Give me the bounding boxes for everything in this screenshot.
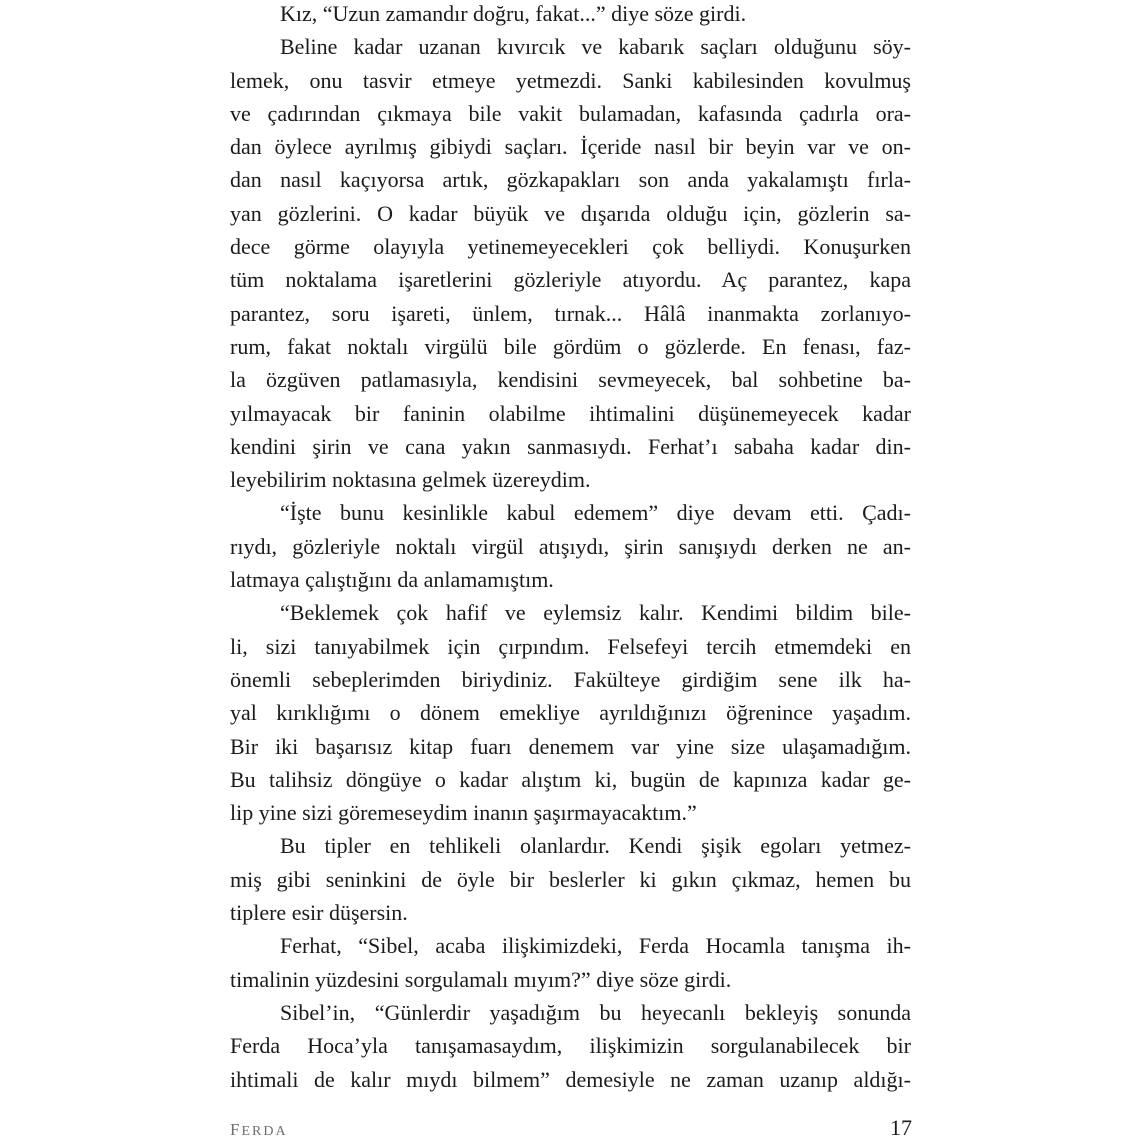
text-line: Bu tipler en tehlikeli olanlardır. Kendi… — [230, 829, 911, 862]
text-line: rıydı, gözleriyle noktalı virgül atışıyd… — [230, 530, 911, 563]
text-line: Ferhat, “Sibel, acaba ilişkimizdeki, Fer… — [230, 929, 911, 962]
running-head-rest: erda — [241, 1124, 287, 1139]
body-text: Kız, “Uzun zamandır doğru, fakat...” diy… — [230, 0, 911, 1096]
text-line: dan nasıl kaçıyorsa artık, gözkapakları … — [230, 163, 911, 196]
text-line: Bir iki başarısız kitap fuarı denemem va… — [230, 730, 911, 763]
text-line: Beline kadar uzanan kıvırcık ve kabarık … — [230, 30, 911, 63]
book-page: Kız, “Uzun zamandır doğru, fakat...” diy… — [0, 0, 1140, 1140]
text-line: la özgüven patlamasıyla, kendisini sevme… — [230, 363, 911, 396]
paragraph: Bu tipler en tehlikeli olanlardır. Kendi… — [230, 829, 911, 929]
text-line: “Beklemek çok hafif ve eylemsiz kalır. K… — [230, 596, 911, 629]
paragraph: “İşte bunu kesinlikle kabul edemem” diye… — [230, 496, 911, 596]
text-line: yılmayacak bir faninin olabilme ihtimali… — [230, 397, 911, 430]
text-line: tiplere esir düşersin. — [230, 896, 911, 929]
paragraph: “Beklemek çok hafif ve eylemsiz kalır. K… — [230, 596, 911, 829]
text-line: lemek, onu tasvir etmeye yetmezdi. Sanki… — [230, 64, 911, 97]
text-line: lip yine sizi göremeseydim inanın şaşırm… — [230, 796, 911, 829]
paragraph: Kız, “Uzun zamandır doğru, fakat...” diy… — [230, 0, 911, 30]
text-line: ihtimali de kalır mıydı bilmem” demesiyl… — [230, 1063, 911, 1096]
text-line: kendini şirin ve cana yakın sanmasıydı. … — [230, 430, 911, 463]
text-line: yan gözlerini. O kadar büyük ve dışarıda… — [230, 197, 911, 230]
text-line: dece görme olayıyla yetinemeyecekleri ço… — [230, 230, 911, 263]
text-line: Sibel’in, “Günlerdir yaşadığım bu heyeca… — [230, 996, 911, 1029]
text-line: dan öylece ayrılmış gibiydi saçları. İçe… — [230, 130, 911, 163]
text-line: rum, fakat noktalı virgülü bile gördüm o… — [230, 330, 911, 363]
text-line: leyebilirim noktasına gelmek üzereydim. — [230, 463, 911, 496]
running-head: Ferda — [230, 1120, 288, 1140]
paragraph: Sibel’in, “Günlerdir yaşadığım bu heyeca… — [230, 996, 911, 1096]
page-number: 17 — [890, 1115, 912, 1140]
text-line: li, sizi tanıyabilmek için çırpındım. Fe… — [230, 630, 911, 663]
text-line: timalinin yüzdesini sorgulamalı mıyım?” … — [230, 963, 911, 996]
text-line: Bu talihsiz döngüye o kadar alıştım ki, … — [230, 763, 911, 796]
text-line: miş gibi seninkini de öyle bir beslerler… — [230, 863, 911, 896]
running-head-initial: F — [230, 1120, 241, 1139]
text-line: ve çadırından çıkmaya bile vakit bulamad… — [230, 97, 911, 130]
text-line: tüm noktalama işaretlerini gözleriyle at… — [230, 263, 911, 296]
text-line: latmaya çalıştığını da anlamamıştım. — [230, 563, 911, 596]
text-line: “İşte bunu kesinlikle kabul edemem” diye… — [230, 496, 911, 529]
paragraph: Beline kadar uzanan kıvırcık ve kabarık … — [230, 30, 911, 496]
text-line: Kız, “Uzun zamandır doğru, fakat...” diy… — [230, 0, 911, 30]
text-line: önemli sebeplerimden biriydiniz. Fakülte… — [230, 663, 911, 696]
paragraph: Ferhat, “Sibel, acaba ilişkimizdeki, Fer… — [230, 929, 911, 996]
text-line: Ferda Hoca’yla tanışamasaydım, ilişkimiz… — [230, 1029, 911, 1062]
text-line: parantez, soru işareti, ünlem, tırnak...… — [230, 297, 911, 330]
text-line: yal kırıklığımı o dönem emekliye ayrıldı… — [230, 696, 911, 729]
